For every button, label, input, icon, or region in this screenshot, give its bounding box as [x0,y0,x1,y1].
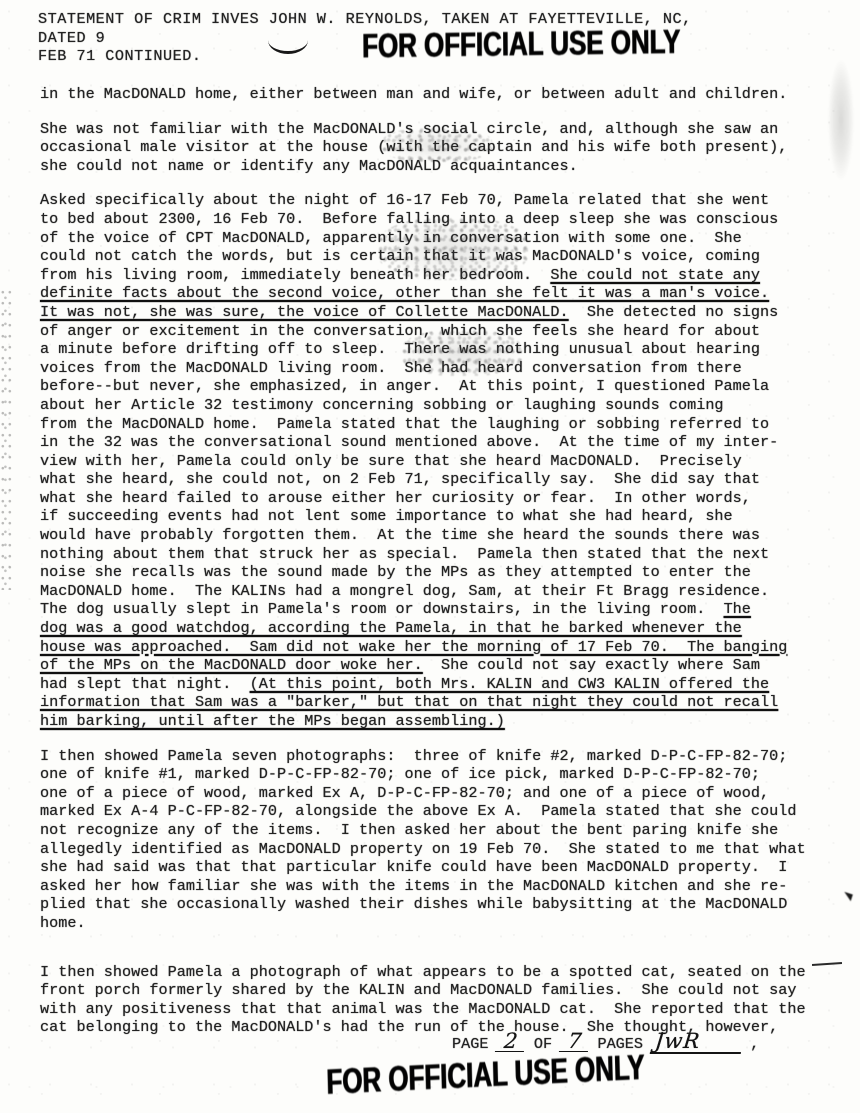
handwritten-signature: JwR [650,1030,744,1054]
ink-blot-mark [842,892,853,901]
footer-of-label: OF [534,1035,552,1053]
handwritten-page-number: 2 [495,1031,527,1052]
handwritten-total-pages: 7 [559,1031,591,1052]
paragraph: I then showed Pamela seven photographs: … [40,747,830,933]
paragraph: I then showed Pamela a photograph of wha… [40,963,830,1037]
for-official-use-only-stamp-top: FOR OFFICIAL USE ONLY [362,23,681,67]
text-segment: I then showed Pamela a photograph of wha… [40,963,806,1037]
text-segment: I then showed Pamela seven photographs: … [40,747,806,932]
paragraph: in the MacDONALD home, either between ma… [40,85,830,104]
text-segment: in the MacDONALD home, either between ma… [40,85,787,103]
paragraph: Asked specifically about the night of 16… [40,191,830,730]
document-paragraphs: in the MacDONALD home, either between ma… [40,85,830,1053]
pen-tail-mark: , [750,1036,759,1053]
paragraph: She was not familiar with the MacDONALD'… [40,120,830,176]
text-segment: She detected no signs of anger or excite… [40,303,778,619]
footer-page-label: PAGE [452,1035,488,1053]
scanned-document-page: STATEMENT OF CRIM INVES JOHN W. REYNOLDS… [0,0,860,1113]
scan-edge-speckle [0,290,12,590]
for-official-use-only-stamp-bottom: FOR OFFICIAL USE ONLY [326,1048,645,1103]
text-segment: She was not familiar with the MacDONALD'… [40,120,787,175]
scan-smudge [828,60,854,180]
